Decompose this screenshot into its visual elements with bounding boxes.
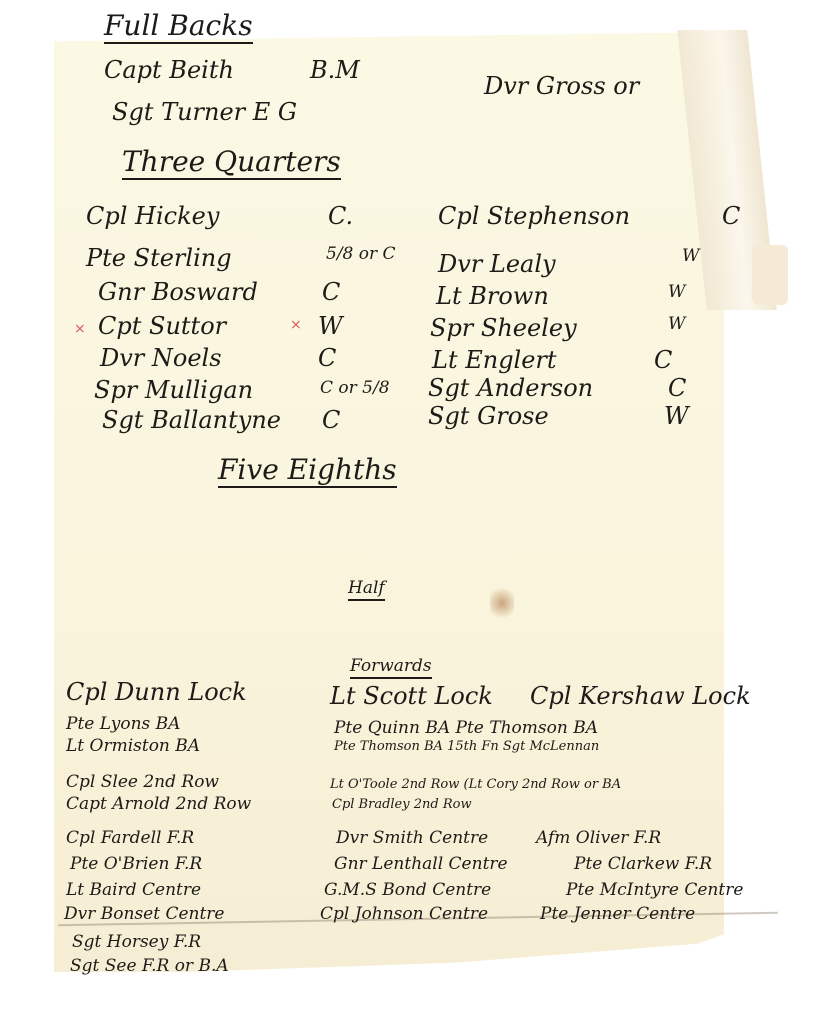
player-name: Sgt Anderson <box>428 376 593 400</box>
heading-three-quarters: Three Quarters <box>122 148 341 180</box>
player-name: Spr Sheeley <box>430 316 577 340</box>
heading-half: Half <box>348 580 385 601</box>
player-name: Gnr Bosward <box>98 280 258 304</box>
player-name: Lt Brown <box>436 284 549 308</box>
player-position: W <box>318 314 343 338</box>
player-position: C <box>322 408 340 432</box>
forward-entry: Lt Ormiston BA <box>66 738 200 755</box>
forward-entry: Pte Lyons BA <box>66 716 180 733</box>
player-name: Sgt Ballantyne <box>102 408 281 432</box>
player-position: W <box>682 248 699 265</box>
player-position: C or 5/8 <box>320 380 390 397</box>
forward-entry: Dvr Bonset Centre <box>64 906 225 923</box>
player-position: B.M <box>310 58 360 82</box>
player-name: Cpl Hickey <box>86 204 219 228</box>
forward-entry: Cpl Johnson Centre <box>320 906 488 923</box>
player-position: W <box>664 404 689 428</box>
player-position: C <box>668 376 686 400</box>
forward-entry: Gnr Lenthall Centre <box>334 856 508 873</box>
forward-entry: Sgt Horsey F.R <box>72 934 201 951</box>
player-name: Sgt Turner E G <box>112 100 297 124</box>
heading-five-eighths: Five Eighths <box>218 456 397 488</box>
stain-mark <box>490 585 514 621</box>
player-name: Cpt Suttor <box>98 314 226 338</box>
player-position: C <box>654 348 672 372</box>
forward-entry: Cpl Kershaw Lock <box>530 684 751 708</box>
forward-entry: Cpl Dunn Lock <box>66 680 247 704</box>
x-mark: × <box>290 318 302 332</box>
forward-entry: Lt O'Toole 2nd Row (Lt Cory 2nd Row or B… <box>330 778 621 791</box>
player-position: 5/8 or C <box>326 246 396 263</box>
player-name: Dvr Lealy <box>438 252 556 276</box>
forward-entry: Cpl Slee 2nd Row <box>66 774 219 791</box>
forward-entry: G.M.S Bond Centre <box>324 882 491 899</box>
forward-entry: Dvr Smith Centre <box>336 830 488 847</box>
forward-entry: Sgt See F.R or B.A <box>70 958 229 975</box>
forward-entry: Pte McIntyre Centre <box>566 882 743 899</box>
folded-tab <box>752 245 788 305</box>
player-position: C <box>322 280 340 304</box>
forward-entry: Cpl Fardell F.R <box>66 830 194 847</box>
heading-forwards: Forwards <box>350 658 432 679</box>
player-name: Pte Sterling <box>86 246 232 270</box>
forward-entry: Lt Scott Lock <box>330 684 493 708</box>
player-position: C <box>722 204 740 228</box>
forward-entry: Pte Jenner Centre <box>540 906 695 923</box>
player-position: C <box>318 346 336 370</box>
player-name: Lt Englert <box>432 348 557 372</box>
forward-entry: Cpl Bradley 2nd Row <box>332 798 472 811</box>
forward-entry: Lt Baird Centre <box>66 882 201 899</box>
player-name: Spr Mulligan <box>94 378 253 402</box>
forward-entry: Pte Quinn BA Pte Thomson BA <box>334 720 598 737</box>
forward-entry: Pte Thomson BA 15th Fn Sgt McLennan <box>334 740 599 753</box>
x-mark: × <box>74 322 86 336</box>
heading-full-backs: Full Backs <box>104 12 253 44</box>
player-name: Capt Beith <box>104 58 234 82</box>
player-position: W <box>668 316 685 333</box>
player-name: Dvr Noels <box>100 346 222 370</box>
forward-entry: Afm Oliver F.R <box>536 830 661 847</box>
forward-entry: Pte O'Brien F.R <box>70 856 202 873</box>
player-position: C. <box>328 204 353 228</box>
player-name: Sgt Grose <box>428 404 549 428</box>
player-name: Cpl Stephenson <box>438 204 630 228</box>
player-name: Dvr Gross or <box>484 74 639 98</box>
player-position: W <box>668 284 685 301</box>
forward-entry: Capt Arnold 2nd Row <box>66 796 251 813</box>
forward-entry: Pte Clarkew F.R <box>574 856 712 873</box>
